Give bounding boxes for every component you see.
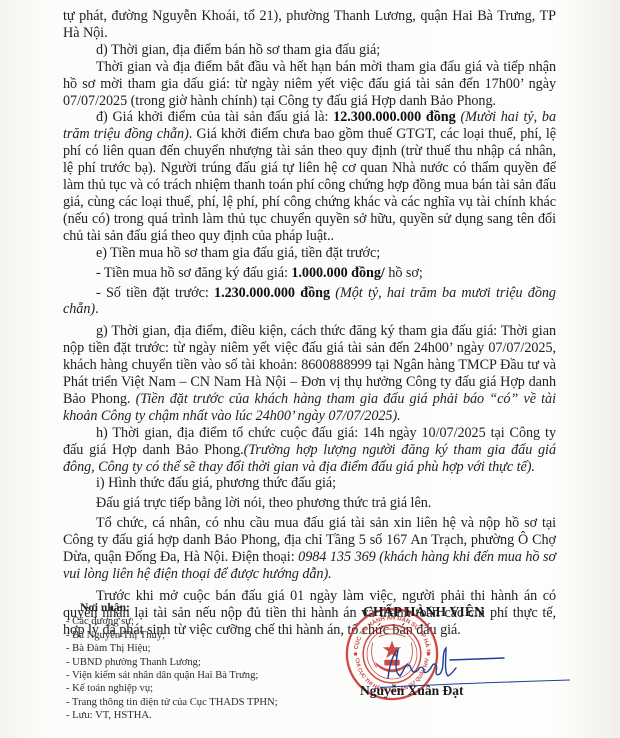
text: - Tiền mua hồ sơ đăng ký đấu giá: bbox=[96, 265, 291, 281]
recipient-item: - Viện kiểm sát nhân dân quận Hai Bà Trư… bbox=[66, 669, 278, 682]
recipient-item: - Các đương sự; bbox=[66, 615, 278, 628]
signature-block: CỤC THI HÀNH ÁN DÂN SỰ TP HÀ NỘI CHI CỤC… bbox=[360, 600, 600, 720]
text: đ) Giá khởi điểm của tài sản đấu giá là: bbox=[96, 109, 333, 125]
section-d-heading: d) Thời gian, địa điểm bán hồ sơ tham gi… bbox=[63, 42, 556, 59]
document-body: tự phát, đường Nguyễn Khoái, tổ 21), phư… bbox=[63, 8, 556, 639]
section-e-dossier-fee: - Tiền mua hồ sơ đăng ký đấu giá: 1.000.… bbox=[63, 265, 556, 282]
section-i-heading: i) Hình thức đấu giá, phương thức đấu gi… bbox=[63, 475, 556, 492]
section-d-body: Thời gian và địa điểm bắt đầu và hết hạn… bbox=[63, 59, 556, 110]
starting-price-value: 12.300.000.000 đồng bbox=[333, 109, 456, 125]
section-e-heading: e) Tiền mua hồ sơ tham gia đấu giá, tiền… bbox=[63, 245, 556, 262]
deposit-value: 1.230.000.000 đồng bbox=[214, 285, 330, 301]
section-dd-starting-price: đ) Giá khởi điểm của tài sản đấu giá là:… bbox=[63, 109, 556, 244]
recipient-item: - UBND phường Thanh Lương; bbox=[66, 656, 278, 669]
section-e-deposit: - Số tiền đặt trước: 1.230.000.000 đồng … bbox=[63, 285, 556, 319]
signer-title: CHẤP HÀNH VIÊN bbox=[363, 604, 484, 620]
address-continuation: tự phát, đường Nguyễn Khoái, tổ 21), phư… bbox=[63, 8, 556, 42]
recipients-list: Nơi nhận: - Các đương sự; - Bà Nguyễn Th… bbox=[66, 601, 278, 723]
text: . Giá khởi điểm chưa bao gồm thuế GTGT, … bbox=[63, 126, 556, 243]
recipient-item: - Kế toán nghiệp vụ; bbox=[66, 682, 278, 695]
text: hồ sơ; bbox=[385, 265, 423, 281]
contact-paragraph: Tổ chức, cá nhân, có nhu cầu mua đấu giá… bbox=[63, 515, 556, 583]
dossier-fee-value: 1.000.000 đồng/ bbox=[291, 265, 384, 281]
recipient-item: - Bà Đàm Thị Hiệu; bbox=[66, 642, 278, 655]
text: . bbox=[95, 301, 99, 317]
signer-name: Nguyễn Xuân Đạt bbox=[360, 683, 464, 699]
section-i-body: Đấu giá trực tiếp bằng lời nói, theo phư… bbox=[63, 495, 556, 512]
section-h-auction-time: h) Thời gian, địa điểm tổ chức cuộc đấu … bbox=[63, 425, 556, 476]
text: - Số tiền đặt trước: bbox=[96, 285, 214, 301]
deposit-note: (Tiền đặt trước của khách hàng tham gia … bbox=[63, 391, 556, 424]
recipient-item: - Bà Nguyễn Thị Thuý; bbox=[66, 629, 278, 642]
document-page: tự phát, đường Nguyễn Khoái, tổ 21), phư… bbox=[0, 0, 620, 738]
recipient-item: - Lưu: VT, HSTHA. bbox=[66, 709, 278, 722]
section-g-registration: g) Thời gian, địa điểm, điều kiện, cách … bbox=[63, 323, 556, 424]
recipients-title: Nơi nhận: bbox=[80, 601, 278, 614]
recipient-item: - Trang thông tin điện tử của Cục THADS … bbox=[66, 696, 278, 709]
